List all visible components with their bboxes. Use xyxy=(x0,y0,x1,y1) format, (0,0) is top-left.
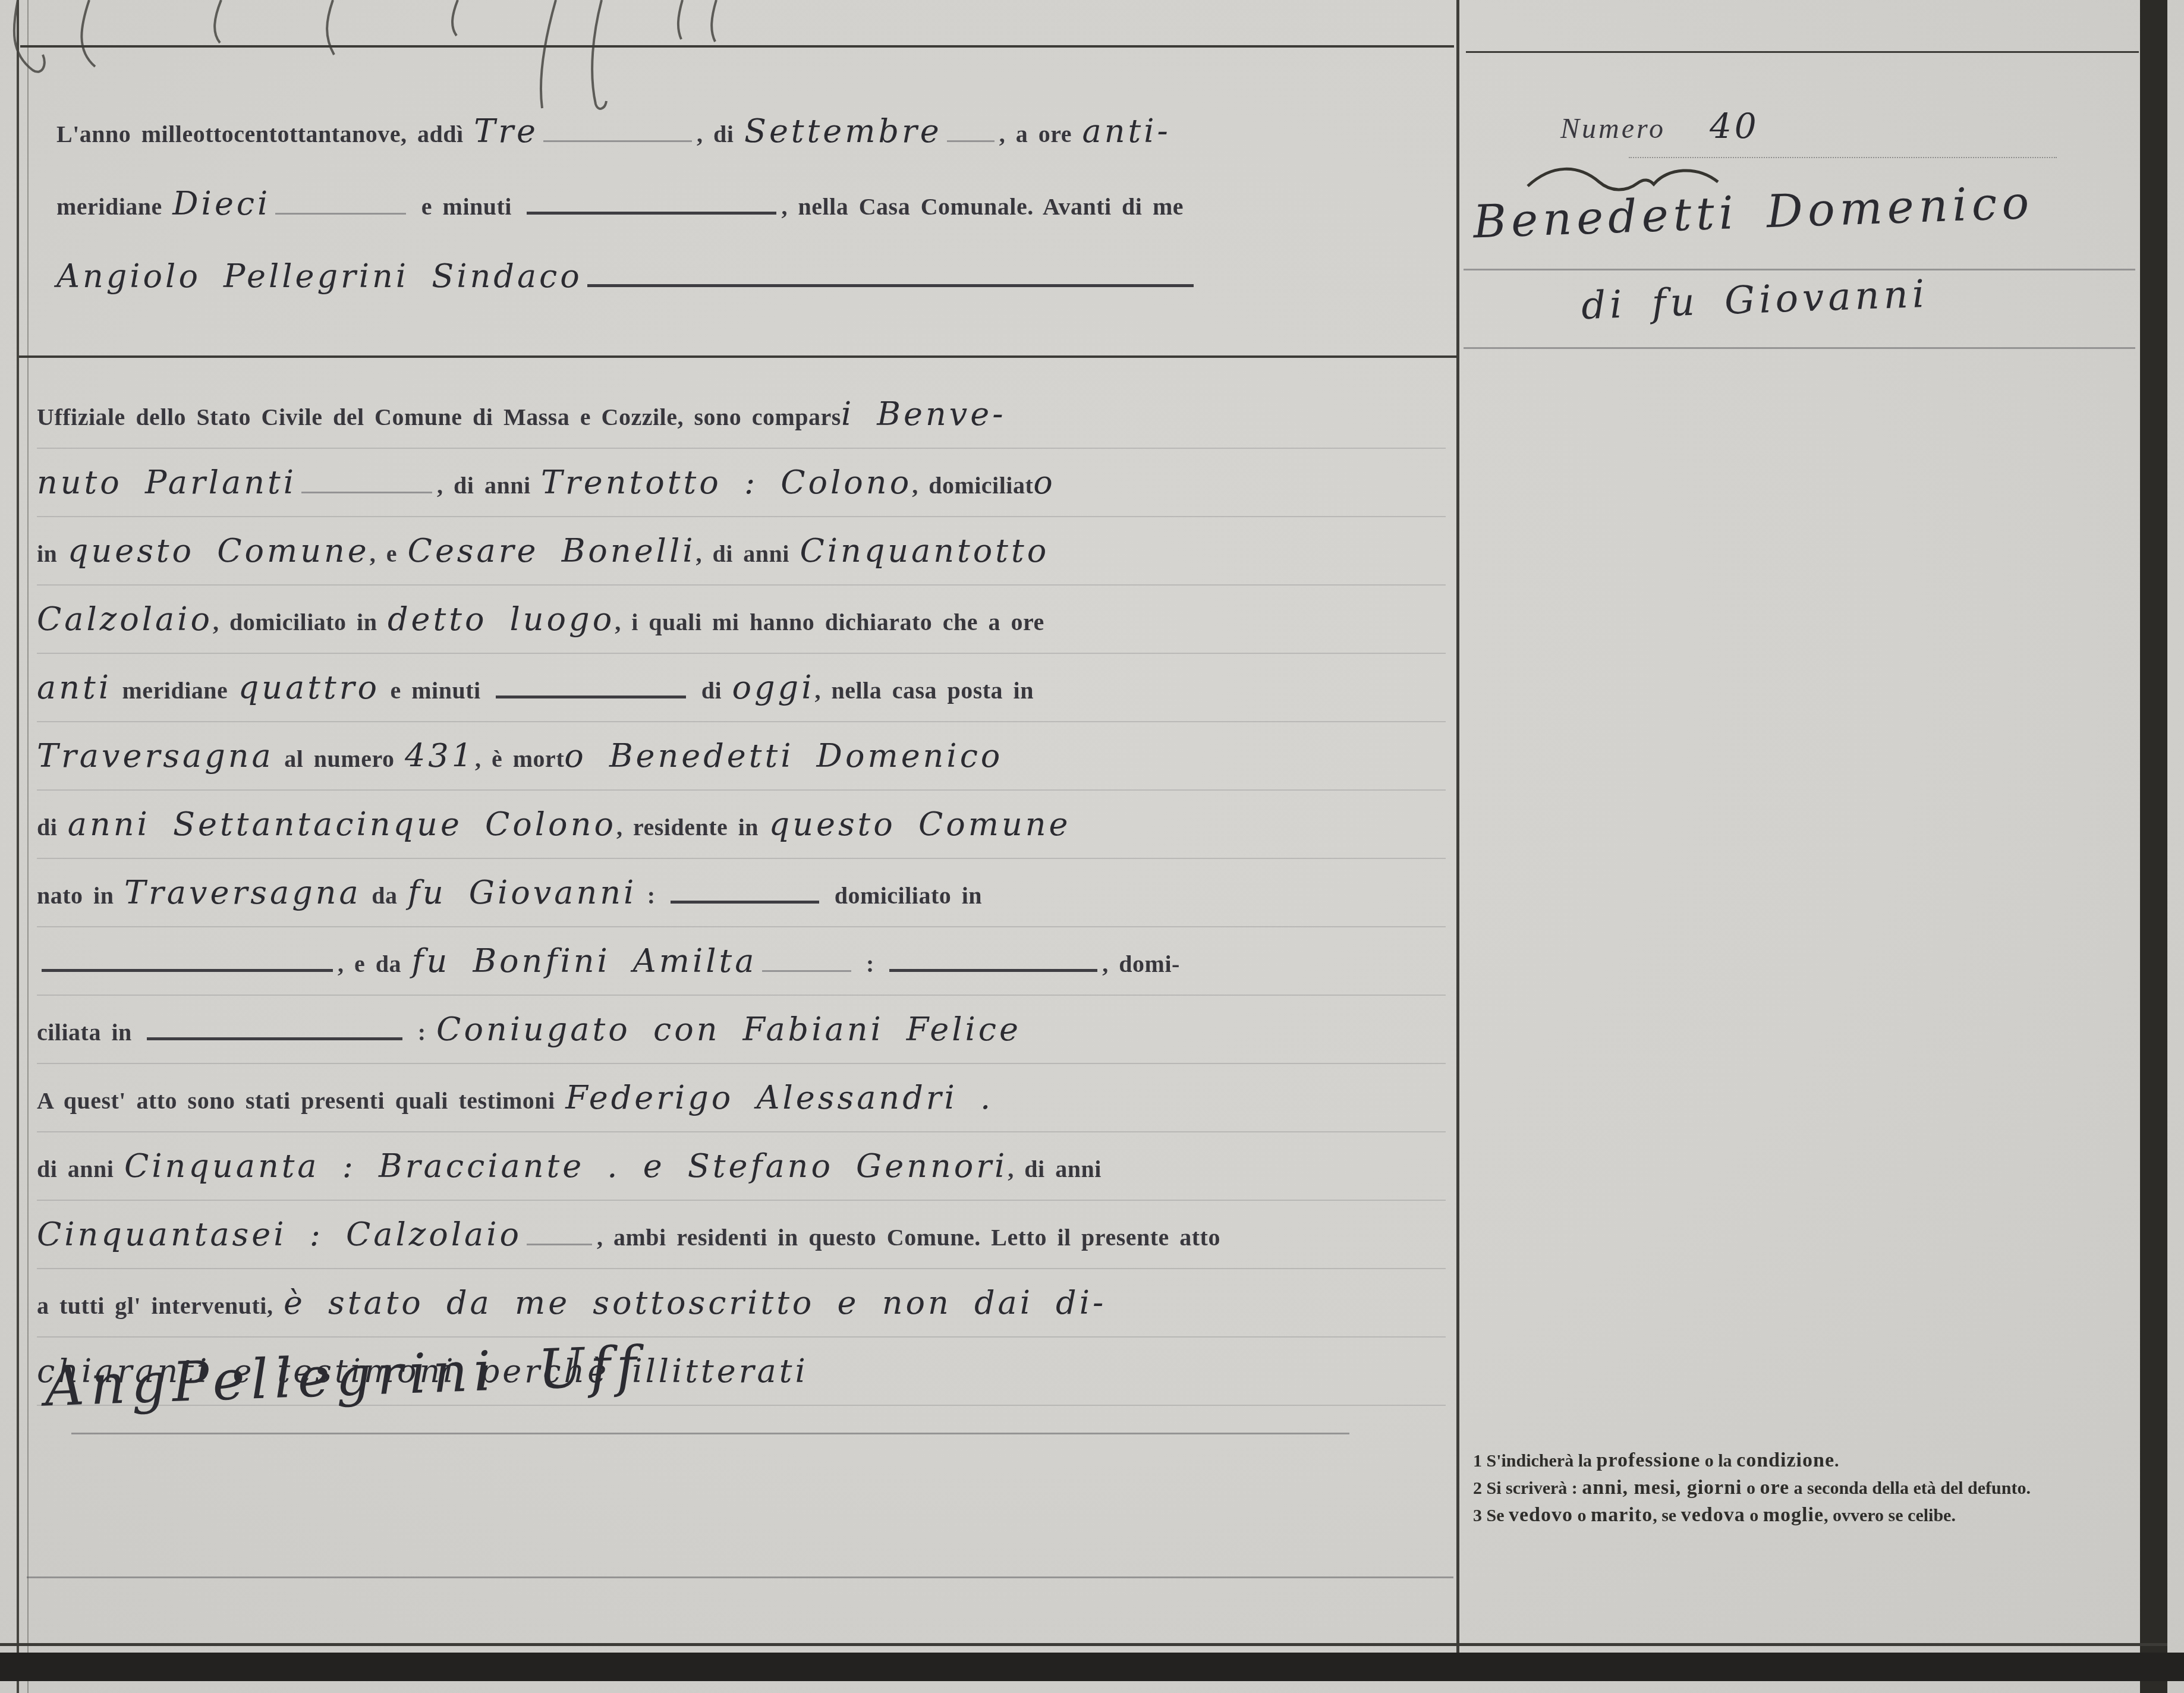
footnote-text: 1 S'indicherà la xyxy=(1473,1451,1597,1471)
blank-underline xyxy=(762,967,851,972)
footnote-keyword: vedova xyxy=(1681,1504,1745,1526)
handwritten-text: anni Settantacinque Colono xyxy=(68,805,616,843)
printed-text: A quest' atto sono stati presenti quali … xyxy=(37,1087,565,1114)
handwritten-text: o Benedetti Domenico xyxy=(564,737,1003,775)
blank-underline xyxy=(301,488,432,493)
act-header-block: L'anno milleottocentottantanove, addì Tr… xyxy=(56,95,1447,313)
footnote: 1 S'indicherà la professione o la condiz… xyxy=(1473,1448,2134,1473)
printed-text: , e xyxy=(370,540,408,567)
handwritten-text: è stato da me sottoscritto e non dai di- xyxy=(284,1284,1106,1321)
printed-text: al numero xyxy=(274,745,405,772)
handwritten-text: Tre xyxy=(474,112,539,150)
handwritten-text: oggi xyxy=(732,669,815,706)
handwritten-text: i Benve- xyxy=(841,395,1006,433)
footnote-keyword: condizione xyxy=(1736,1449,1834,1471)
footnote-text: . xyxy=(1834,1451,1839,1471)
printed-text: a tutti gl' intervenuti, xyxy=(37,1292,284,1319)
act-text-line: ciliata in : Coniugato con Fabiani Felic… xyxy=(37,996,1446,1064)
handwritten-text: Cinquanta : Bracciante . e Stefano Genno… xyxy=(124,1147,1008,1185)
act-text-line: a tutti gl' intervenuti, è stato da me s… xyxy=(37,1269,1446,1338)
footnote: 2 Si scriverà : anni, mesi, giorni o ore… xyxy=(1473,1475,2134,1500)
form-footnotes: 1 S'indicherà la professione o la condiz… xyxy=(1473,1448,2134,1530)
blank-underline xyxy=(42,965,333,972)
handwritten-text: Angiolo Pellegrini Sindaco xyxy=(56,257,583,295)
act-text-line: anti meridiane quattro e minuti di oggi,… xyxy=(37,654,1446,722)
deceased-name-underline xyxy=(1464,269,2135,270)
act-text-line: in questo Comune, e Cesare Bonelli, di a… xyxy=(37,517,1446,586)
act-text-line: Cinquantasei : Calzolaio, ambi residenti… xyxy=(37,1201,1446,1269)
printed-text: , domi- xyxy=(1102,951,1180,977)
footnote-keyword: vedovo xyxy=(1509,1504,1573,1526)
blank-underline xyxy=(543,137,692,142)
footnote-keyword: professione xyxy=(1597,1449,1701,1471)
numero-label: Numero xyxy=(1560,113,1666,144)
handwritten-text: detto luogo xyxy=(388,600,615,638)
act-text-line: Uffiziale dello Stato Civile del Comune … xyxy=(37,380,1446,449)
act-text-line: meridiane Dieci e minuti , nella Casa Co… xyxy=(56,168,1447,240)
blank-underline xyxy=(527,1240,592,1245)
footnote-text: 3 Se xyxy=(1473,1506,1509,1525)
blank-underline xyxy=(587,281,1194,287)
left-border-line xyxy=(17,0,19,1693)
column-divider-line xyxy=(1456,0,1459,1659)
footnote-keyword: moglie xyxy=(1763,1504,1824,1526)
footnote-text: o la xyxy=(1700,1451,1736,1471)
handwritten-text: Cesare Bonelli xyxy=(408,532,696,569)
bottom-rule-thin xyxy=(0,1643,2167,1646)
footnote-keyword: anni, mesi, giorni xyxy=(1582,1477,1742,1499)
handwritten-text: o xyxy=(1033,464,1056,501)
handwritten-text: Federigo Alessandri . xyxy=(565,1079,993,1116)
act-text-line: , e da fu Bonfini Amilta : , domi- xyxy=(37,927,1446,996)
printed-text: : xyxy=(407,1019,436,1046)
printed-text: Uffiziale dello Stato Civile del Comune … xyxy=(37,404,841,430)
printed-text: di xyxy=(691,677,732,704)
handwritten-text: 431 xyxy=(405,737,475,775)
act-text-line: di anni Cinquanta : Bracciante . e Stefa… xyxy=(37,1132,1446,1201)
blank-underline xyxy=(947,137,995,142)
handwritten-text: anti xyxy=(37,669,112,706)
handwritten-text: nuto Parlanti xyxy=(37,464,297,501)
printed-text: , i quali mi hanno dichiarato che a ore xyxy=(615,609,1044,635)
footnote-keyword: marito xyxy=(1591,1504,1653,1526)
handwritten-text: Cinquantotto xyxy=(800,532,1049,569)
blank-underline xyxy=(671,897,819,904)
blank-underline xyxy=(527,208,776,215)
printed-text: , domiciliat xyxy=(912,472,1033,499)
footnote-text: o xyxy=(1573,1506,1591,1525)
deceased-patronymic-underline xyxy=(1464,347,2135,349)
right-border-band xyxy=(2140,0,2167,1693)
handwritten-text: Traversagna xyxy=(37,737,274,775)
act-text-line: di anni Settantacinque Colono, residente… xyxy=(37,791,1446,859)
printed-text: , domiciliato in xyxy=(213,609,388,635)
handwritten-text: quattro xyxy=(238,669,380,706)
numero-value: 40 xyxy=(1710,106,1760,146)
blank-underline xyxy=(275,209,406,215)
handwritten-text: Dieci xyxy=(172,185,270,222)
printed-text: domiciliato in xyxy=(824,882,982,909)
handwritten-text: Trentotto : Colono xyxy=(541,464,912,501)
handwritten-text: fu Bonfini Amilta xyxy=(412,942,757,980)
act-text-line: nato in Traversagna da fu Giovanni : dom… xyxy=(37,859,1446,927)
blank-underline xyxy=(147,1034,402,1040)
printed-text: , residente in xyxy=(616,814,769,841)
printed-text: e minuti xyxy=(411,193,522,220)
printed-text: , di anni xyxy=(696,540,800,567)
bottom-border-band xyxy=(0,1653,2184,1681)
handwritten-text: Settembre xyxy=(744,112,942,150)
act-text-line: L'anno milleottocentottantanove, addì Tr… xyxy=(56,95,1447,168)
printed-text: ciliata in xyxy=(37,1019,142,1046)
printed-text: , a ore xyxy=(999,121,1082,147)
footnote-keyword: ore xyxy=(1760,1477,1790,1499)
printed-text: , e da xyxy=(338,951,412,977)
act-text-line: Traversagna al numero 431, è morto Bened… xyxy=(37,722,1446,791)
act-text-line: A quest' atto sono stati presenti quali … xyxy=(37,1064,1446,1132)
footnote-text: , ovvero se celibe. xyxy=(1824,1506,1956,1525)
top-rule-right-column xyxy=(1466,51,2139,53)
death-record-scan: L'anno milleottocentottantanove, addì Tr… xyxy=(0,0,2184,1693)
printed-text: di xyxy=(37,814,68,841)
printed-text: , nella casa posta in xyxy=(814,677,1034,704)
printed-text: : xyxy=(856,951,885,977)
act-text-line: Angiolo Pellegrini Sindaco xyxy=(56,240,1447,313)
footnote: 3 Se vedovo o marito, se vedova o moglie… xyxy=(1473,1503,2134,1528)
printed-text: nato in xyxy=(37,882,124,909)
footnote-text: o xyxy=(1745,1506,1763,1525)
handwritten-text: Traversagna xyxy=(124,874,361,911)
printed-text: in xyxy=(37,540,68,567)
handwritten-text: fu Giovanni xyxy=(408,874,637,911)
handwritten-text: Coniugato con Fabiani Felice xyxy=(436,1011,1021,1048)
header-separator-rule xyxy=(19,355,1458,358)
blank-underline xyxy=(889,965,1097,972)
printed-text: da xyxy=(361,882,408,909)
printed-text: meridiane xyxy=(112,677,238,704)
numero-underline xyxy=(1629,156,2057,158)
deceased-patronymic: di fu Giovanni xyxy=(1581,272,1930,328)
printed-text: e minuti xyxy=(380,677,491,704)
signature-ruled-line xyxy=(71,1433,1349,1434)
printed-text: di anni xyxy=(37,1156,124,1182)
printed-text: : xyxy=(637,882,666,909)
top-rule-left-column xyxy=(20,45,1454,48)
left-border-line-2 xyxy=(27,0,29,1693)
handwritten-text: questo Comune xyxy=(769,805,1071,843)
printed-text: meridiane xyxy=(56,193,172,220)
handwritten-text: anti- xyxy=(1082,112,1171,150)
footnote-text: o xyxy=(1742,1478,1760,1498)
printed-text: , ambi residenti in questo Comune. Letto… xyxy=(597,1224,1220,1251)
act-number-row: Numero 40 xyxy=(1560,106,1760,146)
act-body-block: Uffiziale dello Stato Civile del Comune … xyxy=(37,380,1446,1406)
act-text-line: Calzolaio, domiciliato in detto luogo, i… xyxy=(37,586,1446,654)
footnote-text: 2 Si scriverà : xyxy=(1473,1478,1582,1498)
footnote-text: a seconda della età del defunto. xyxy=(1789,1478,2031,1498)
handwritten-text: questo Comune xyxy=(68,532,370,569)
handwritten-text: Cinquantasei : Calzolaio xyxy=(37,1216,522,1253)
blank-underline xyxy=(496,692,686,698)
printed-text: , di xyxy=(697,121,744,147)
footnote-text: , se xyxy=(1653,1506,1681,1525)
handwritten-text: Calzolaio xyxy=(37,600,213,638)
empty-ruled-line xyxy=(27,1576,1453,1578)
printed-text: , è mort xyxy=(475,745,564,772)
printed-text: , nella Casa Comunale. Avanti di me xyxy=(781,193,1184,220)
act-text-line: nuto Parlanti, di anni Trentotto : Colon… xyxy=(37,449,1446,517)
printed-text: , di anni xyxy=(437,472,541,499)
printed-text: , di anni xyxy=(1008,1156,1101,1182)
printed-text: L'anno milleottocentottantanove, addì xyxy=(56,121,474,147)
